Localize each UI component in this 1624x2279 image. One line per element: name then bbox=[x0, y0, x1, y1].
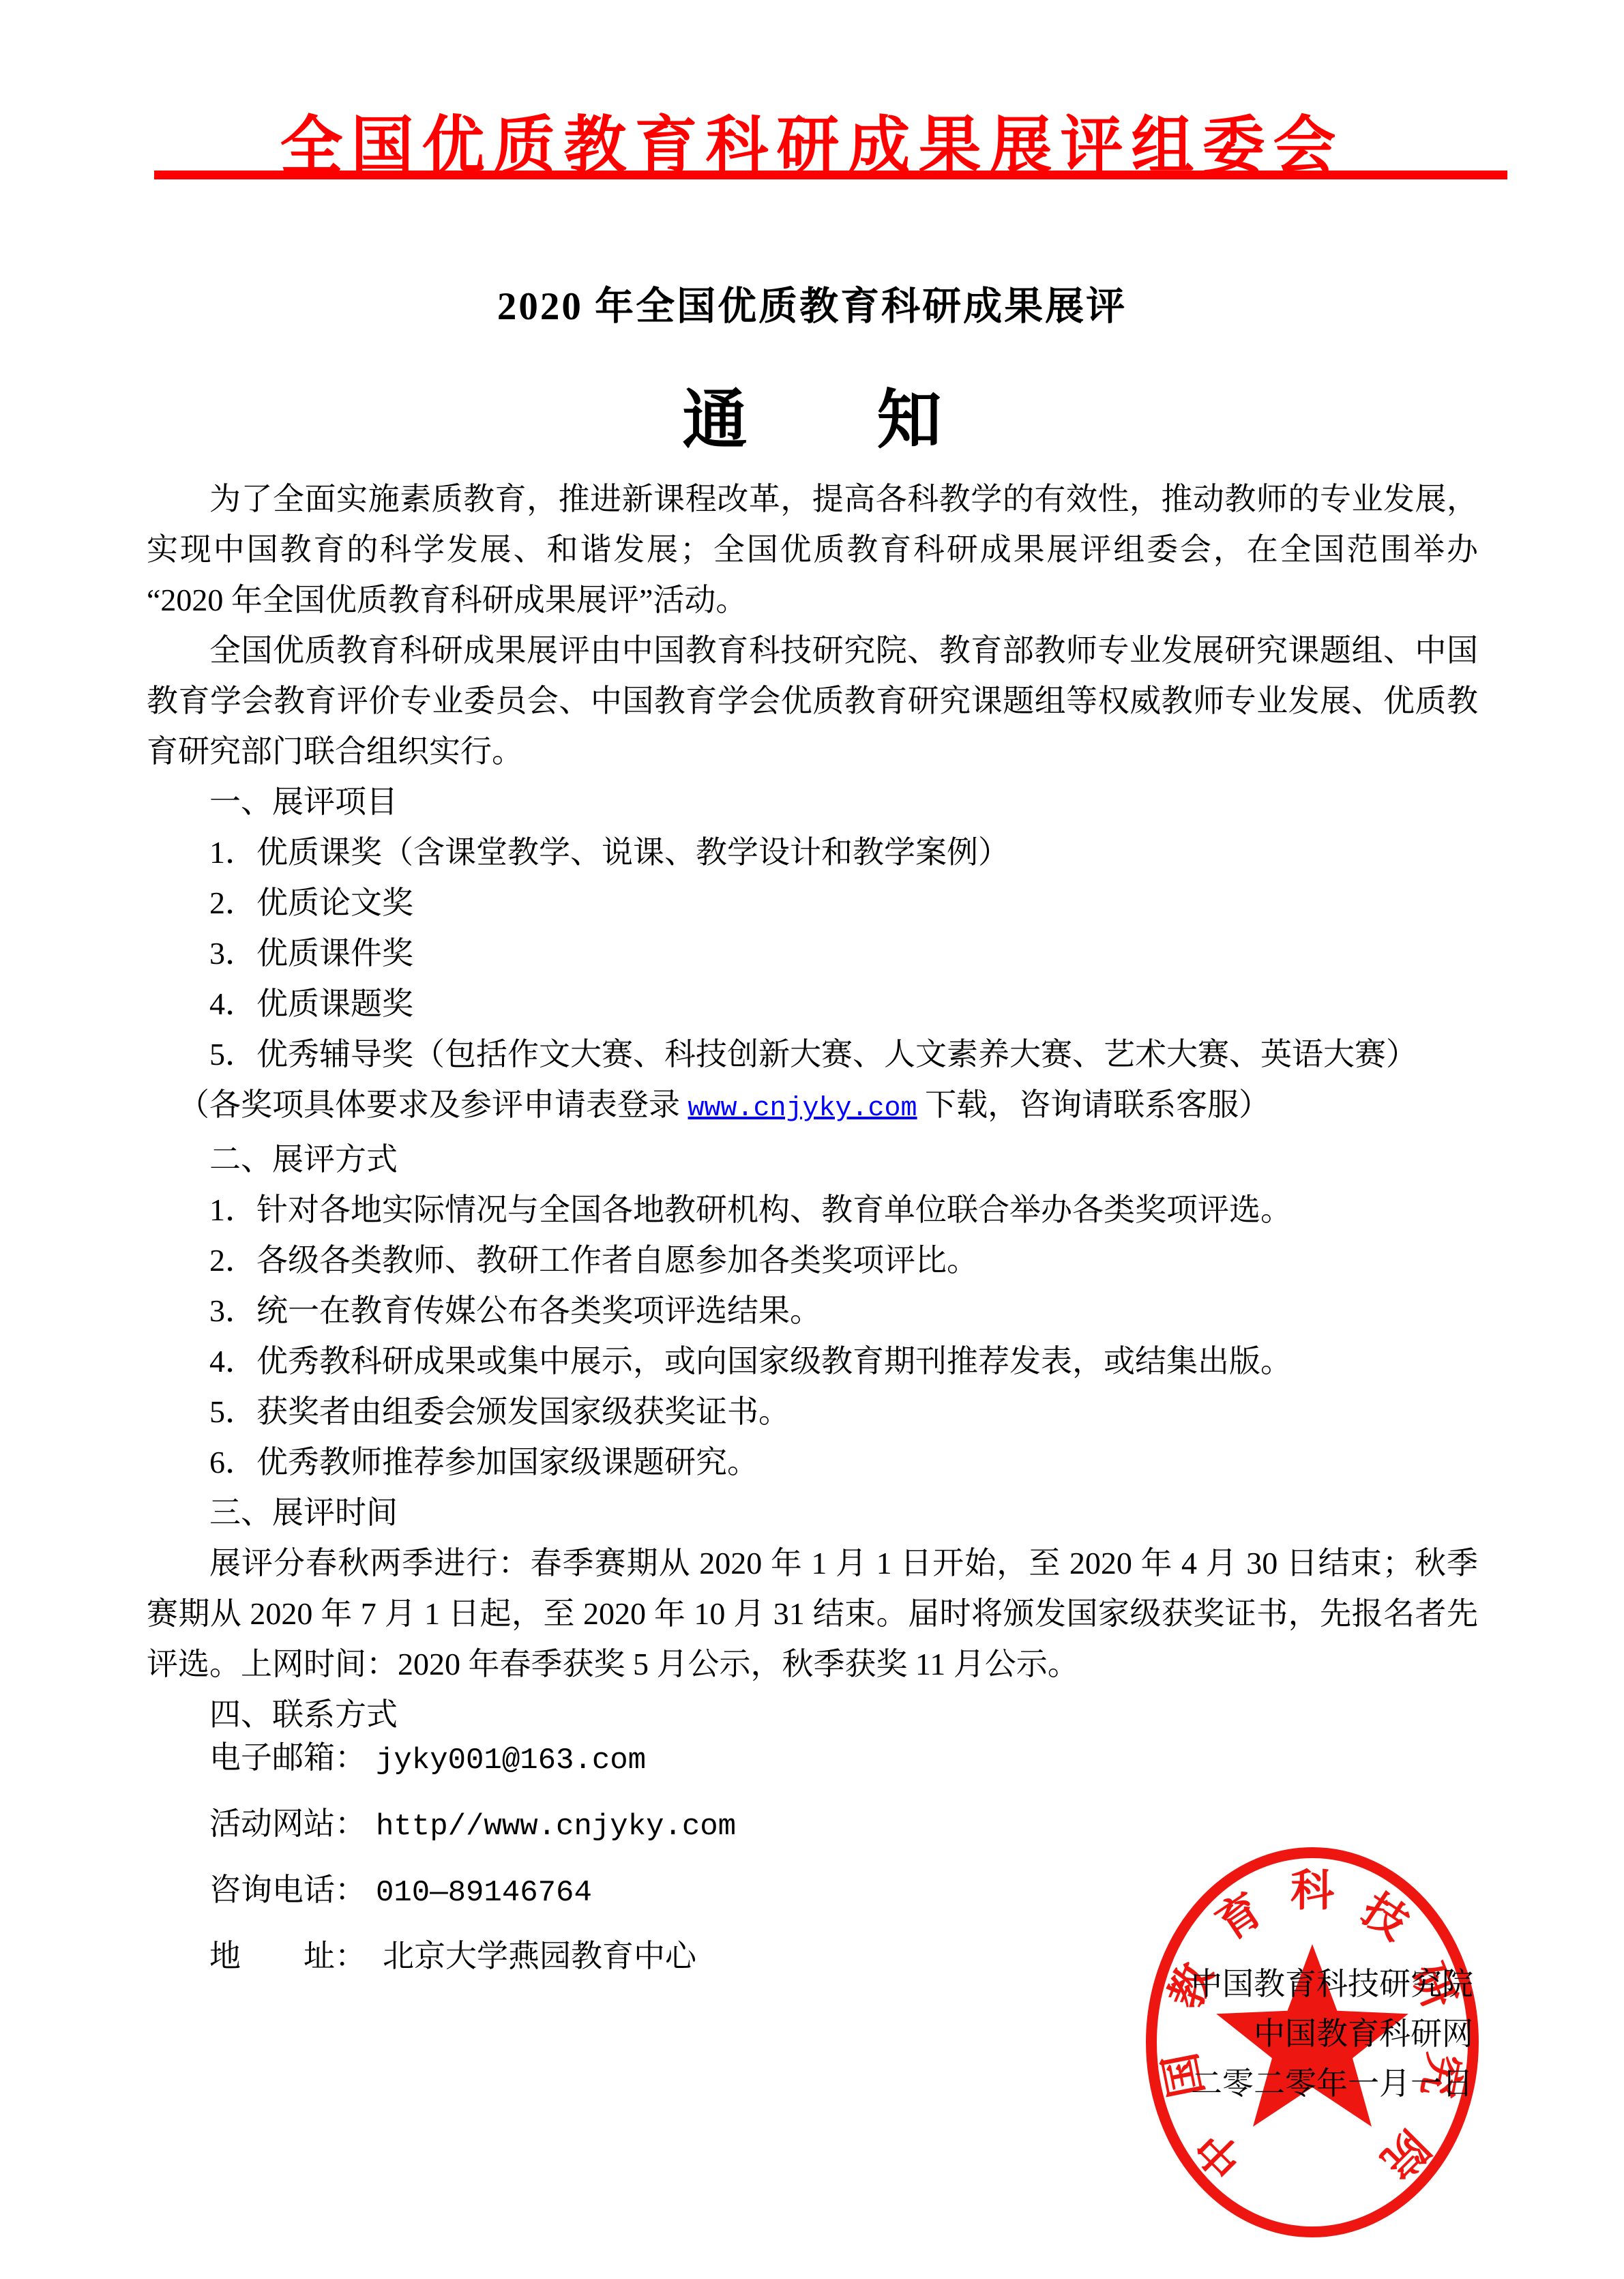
body-text: 为了全面实施素质教育，推进新课程改革，提高各科教学的有效性，推动教师的专业发展，… bbox=[147, 474, 1478, 1740]
notice-title: 通 知 bbox=[0, 368, 1624, 461]
contact-phone: 咨询电话：010—89146764 bbox=[147, 1857, 1170, 1923]
download-note-post: 下载，咨询请联系客服） bbox=[917, 1087, 1271, 1122]
signature-date: 二零二零年一月一日 bbox=[1191, 2059, 1473, 2108]
method-item-4: 4．优秀教科研成果或集中展示，或向国家级教育期刊推荐发表，或结集出版。 bbox=[147, 1336, 1478, 1387]
signature-org-1: 中国教育科技研究院 bbox=[1191, 1959, 1473, 2009]
method-item-3: 3．统一在教育传媒公布各类奖项评选结果。 bbox=[147, 1286, 1478, 1336]
method-item-1: 1．针对各地实际情况与全国各地教研机构、教育单位联合举办各类奖项评选。 bbox=[147, 1185, 1478, 1235]
section-3-title: 三、展评时间 bbox=[147, 1488, 1478, 1538]
signature-block: 中国教育科技研究院 中国教育科研网 二零二零年一月一日 bbox=[1191, 1959, 1473, 2108]
section-2-title: 二、展评方式 bbox=[147, 1134, 1478, 1185]
intro-paragraph: 为了全面实施素质教育，推进新课程改革，提高各科教学的有效性，推动教师的专业发展，… bbox=[147, 474, 1478, 626]
signature-org-2: 中国教育科研网 bbox=[1191, 2009, 1473, 2059]
website-link[interactable]: www.cnjyky.com bbox=[688, 1093, 917, 1124]
contact-address: 地 址：北京大学燕园教育中心 bbox=[147, 1923, 1170, 1989]
contact-block: 电子邮箱：jyky001@163.com 活动网站：http//www.cnjy… bbox=[147, 1724, 1170, 1989]
schedule-paragraph: 展评分春秋两季进行：春季赛期从 2020 年 1 月 1 日开始，至 2020 … bbox=[147, 1538, 1478, 1690]
method-item-5: 5．获奖者由组委会颁发国家级获奖证书。 bbox=[147, 1387, 1478, 1437]
download-note: （各奖项具体要求及参评申请表登录 www.cnjyky.com 下载，咨询请联系… bbox=[147, 1080, 1478, 1134]
method-item-2: 2．各级各类教师、教研工作者自愿参加各类奖项评比。 bbox=[147, 1235, 1478, 1286]
contact-address-value: 北京大学燕园教育中心 bbox=[383, 1939, 696, 1973]
contact-email: 电子邮箱：jyky001@163.com bbox=[147, 1724, 1170, 1791]
contact-phone-label: 咨询电话： bbox=[209, 1872, 366, 1907]
svg-text:科: 科 bbox=[1290, 1867, 1334, 1915]
contact-website: 活动网站：http//www.cnjyky.com bbox=[147, 1791, 1170, 1857]
award-item-2: 2．优质论文奖 bbox=[147, 878, 1478, 928]
award-item-4: 4．优质课题奖 bbox=[147, 979, 1478, 1029]
header-rule bbox=[154, 171, 1507, 179]
document-page: 全国优质教育科研成果展评组委会 2020 年全国优质教育科研成果展评 通 知 为… bbox=[0, 0, 1624, 2279]
award-item-1: 1．优质课奖（含课堂教学、说课、教学设计和教学案例） bbox=[147, 827, 1478, 878]
method-item-6: 6．优秀教师推荐参加国家级课题研究。 bbox=[147, 1437, 1478, 1488]
contact-address-label: 地 址： bbox=[209, 1939, 366, 1973]
contact-email-value: jyky001@163.com bbox=[376, 1744, 646, 1778]
contact-phone-value: 010—89146764 bbox=[376, 1876, 592, 1910]
download-note-pre: （各奖项具体要求及参评申请表登录 bbox=[178, 1087, 688, 1122]
doc-title: 2020 年全国优质教育科研成果展评 bbox=[0, 275, 1624, 331]
contact-website-label: 活动网站： bbox=[209, 1806, 366, 1841]
organizers-paragraph: 全国优质教育科研成果展评由中国教育科技研究院、教育部教师专业发展研究课题组、中国… bbox=[147, 626, 1478, 777]
award-item-3: 3．优质课件奖 bbox=[147, 928, 1478, 979]
section-1-title: 一、展评项目 bbox=[147, 777, 1478, 827]
contact-email-label: 电子邮箱： bbox=[209, 1740, 366, 1775]
award-item-5: 5．优秀辅导奖（包括作文大赛、科技创新大赛、人文素养大赛、艺术大赛、英语大赛） bbox=[147, 1029, 1478, 1080]
contact-website-value: http//www.cnjyky.com bbox=[376, 1810, 736, 1844]
